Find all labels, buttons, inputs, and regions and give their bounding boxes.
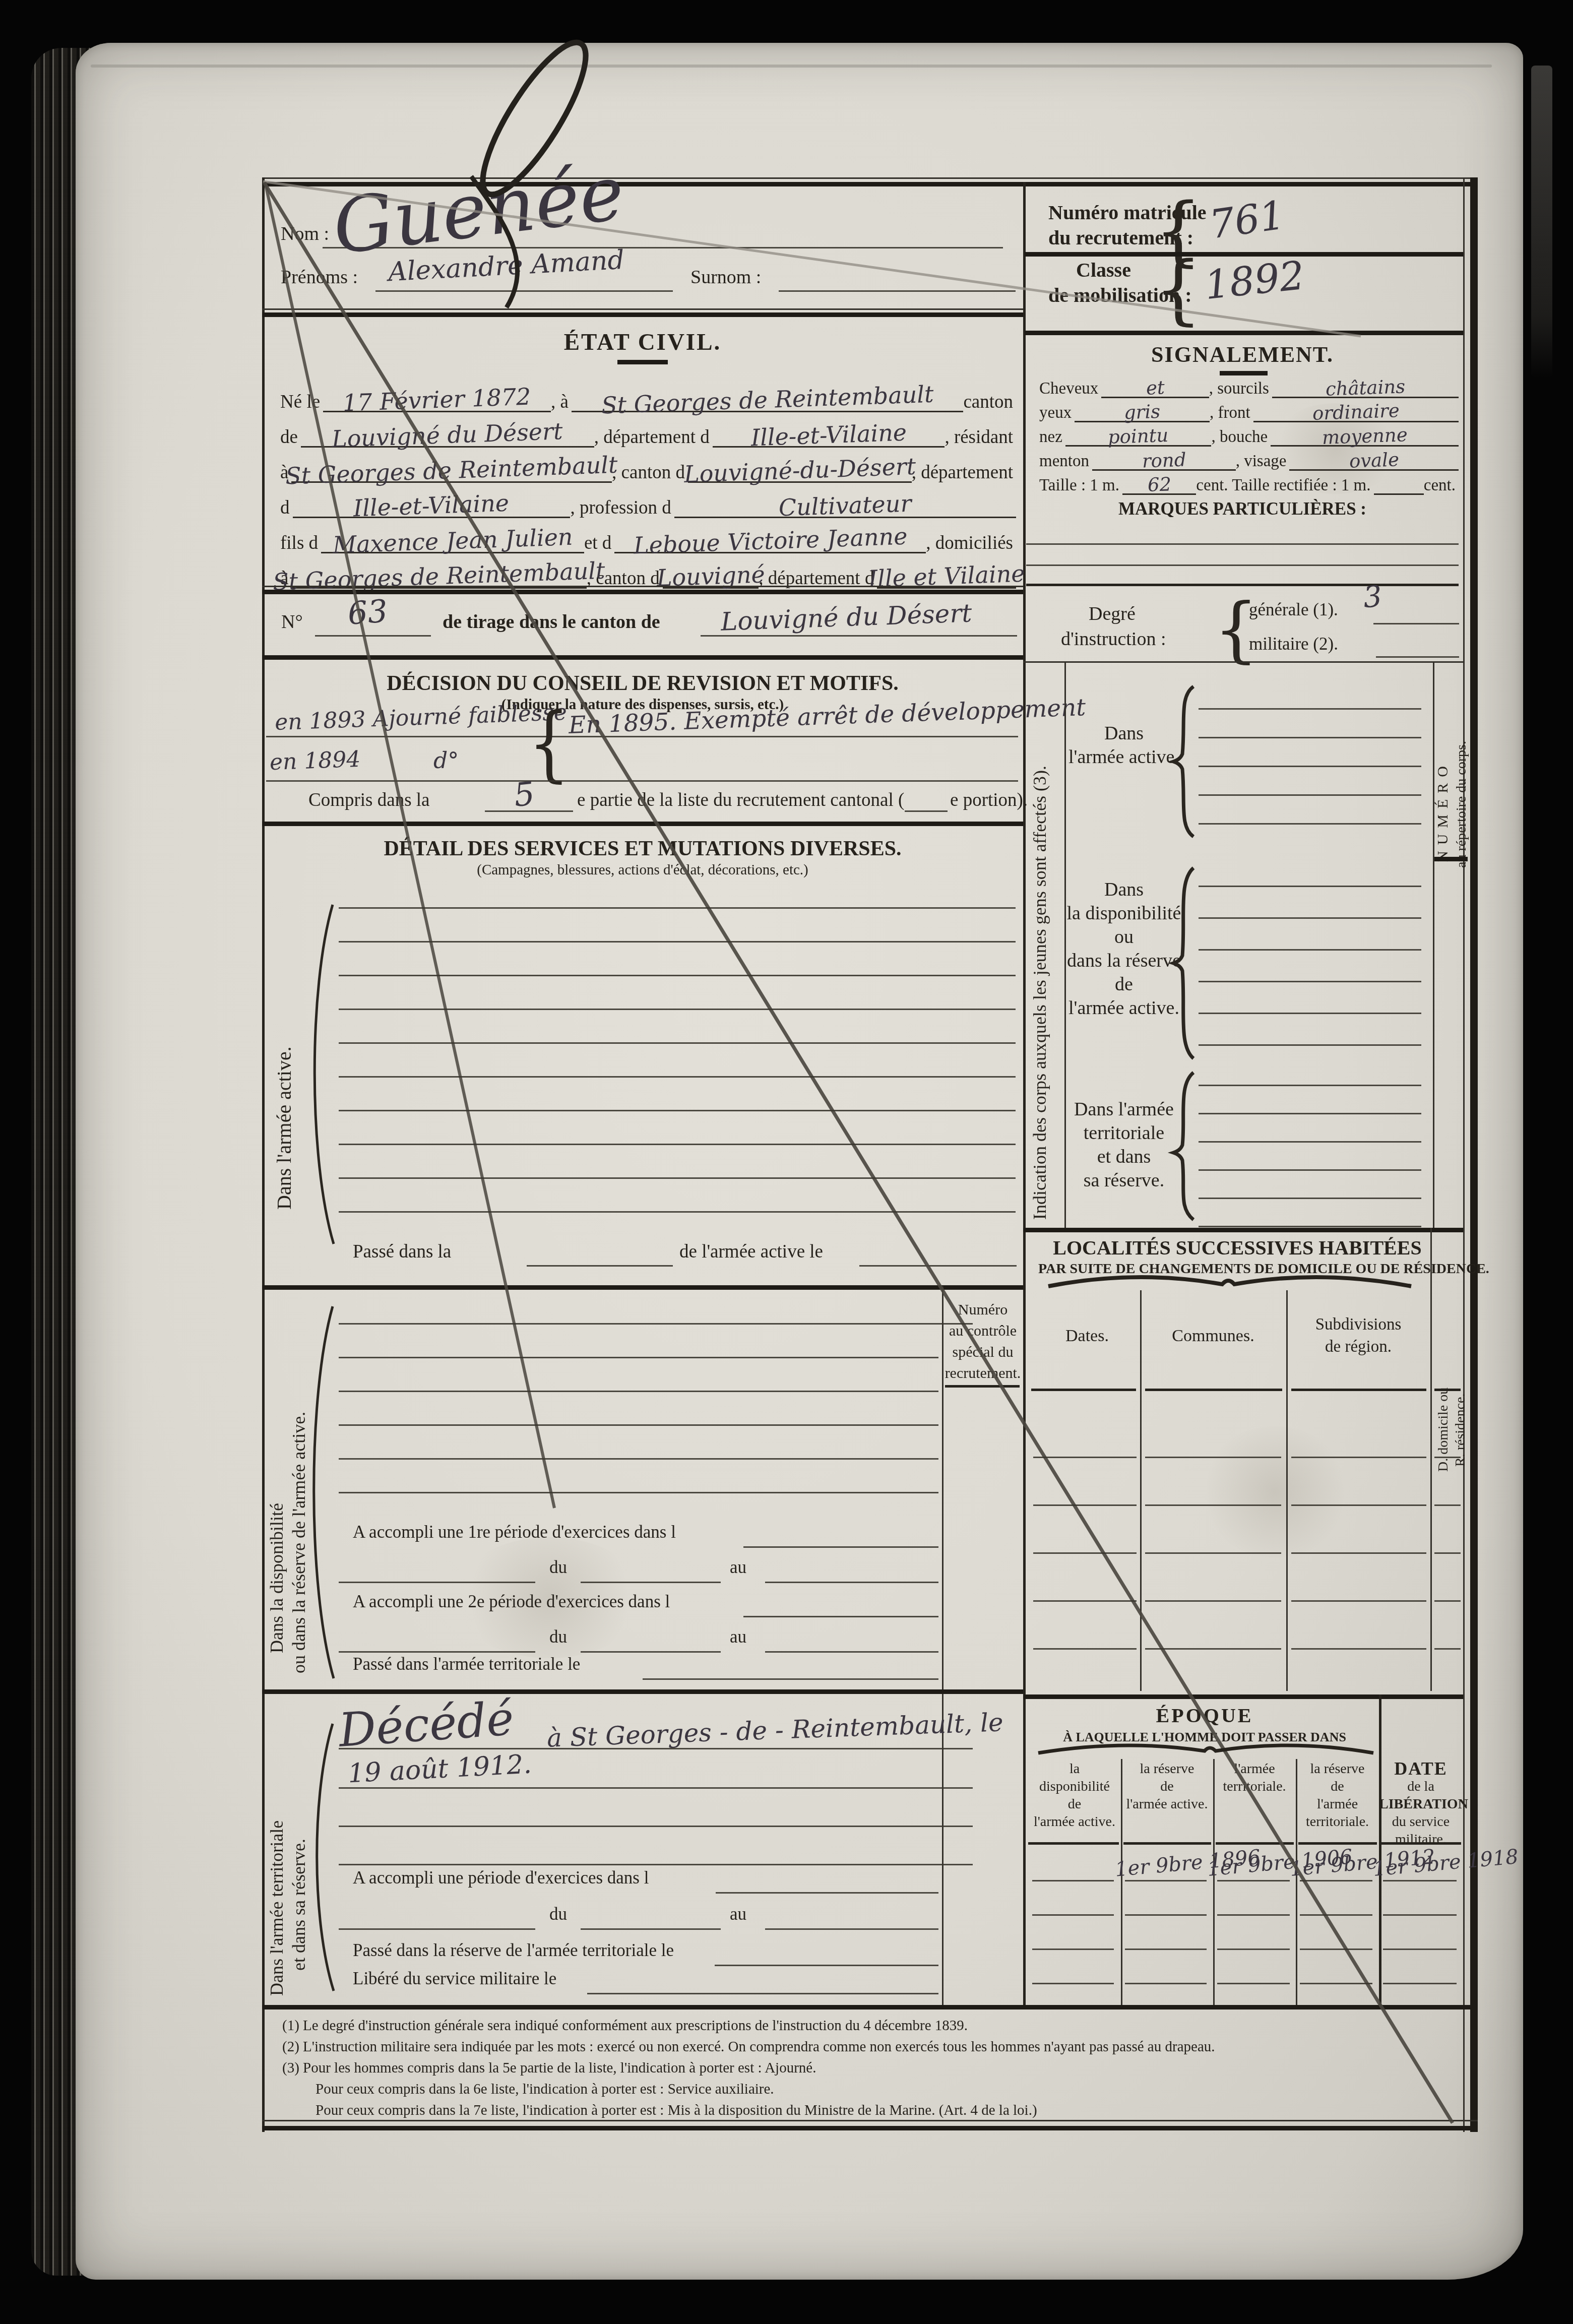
blank-line <box>1300 1914 1372 1916</box>
blank-line <box>339 941 1016 943</box>
blank-line <box>1145 1600 1281 1602</box>
blank-line <box>339 975 1016 976</box>
military-register-scan: Nom : Guenée Prénoms : Alexandre Amand S… <box>0 0 1573 2324</box>
section2-paren <box>314 1306 334 1678</box>
blank-line <box>1033 1552 1137 1554</box>
blank-line <box>339 1864 973 1865</box>
blank-line <box>339 1424 938 1426</box>
blank-line <box>1383 1949 1457 1950</box>
blank-line <box>339 1323 973 1325</box>
blank-line <box>1032 1914 1114 1916</box>
blank-line <box>1217 1949 1290 1950</box>
blank-line <box>339 1391 938 1392</box>
blank-line <box>339 1110 1016 1111</box>
blank-line <box>1434 1648 1461 1650</box>
blank-line <box>1291 1648 1426 1650</box>
signature-flourish <box>466 30 602 207</box>
blank-line <box>339 1009 1016 1010</box>
blank-line <box>1291 1504 1426 1506</box>
blank-line <box>1383 1914 1457 1916</box>
blank-line <box>339 1211 1016 1213</box>
blank-line <box>1145 1648 1281 1650</box>
blank-line <box>339 1042 1016 1044</box>
crease-line <box>263 181 1361 336</box>
blank-line <box>339 1826 973 1827</box>
blank-line <box>339 907 1016 909</box>
blank-line <box>1291 1600 1426 1602</box>
blank-line <box>339 1144 1016 1145</box>
localites-swash <box>1048 1277 1411 1286</box>
blank-line <box>1145 1457 1281 1458</box>
blank-line <box>1300 1880 1372 1881</box>
blank-line <box>1032 1983 1114 1984</box>
section1-paren <box>314 905 334 1244</box>
blank-line <box>1434 1504 1461 1506</box>
blank-line <box>1032 1949 1114 1950</box>
strike-line-long <box>264 182 1453 2123</box>
blank-line <box>1033 1648 1137 1650</box>
blank-line <box>1217 1914 1290 1916</box>
epoque-swash <box>1038 1745 1373 1753</box>
blank-line <box>1125 1949 1207 1950</box>
blank-line <box>1033 1504 1137 1506</box>
blank-line <box>1383 1983 1457 1984</box>
blank-line <box>1434 1600 1461 1602</box>
blank-line <box>339 1076 1016 1078</box>
strike-line-steep <box>265 182 554 1508</box>
blank-line <box>1300 1983 1372 1984</box>
blank-line <box>1291 1552 1426 1554</box>
blank-line <box>1145 1504 1281 1506</box>
indication-brace-3 <box>1173 1073 1193 1220</box>
blank-line <box>1033 1600 1137 1602</box>
section3-paren <box>317 1724 334 1991</box>
indication-brace-2 <box>1173 868 1193 1058</box>
blank-line <box>1033 1457 1137 1458</box>
blank-line <box>1300 1949 1372 1950</box>
blank-line <box>1145 1552 1281 1554</box>
blank-line <box>339 1492 938 1493</box>
blank-line <box>1217 1983 1290 1984</box>
ink-overlay <box>0 0 1573 2324</box>
blank-line <box>1383 1880 1457 1881</box>
blank-line <box>339 1177 1016 1179</box>
blank-line <box>1291 1457 1426 1458</box>
blank-line <box>1434 1552 1461 1554</box>
blank-line <box>1125 1983 1207 1984</box>
blank-line <box>339 1458 938 1460</box>
blank-line <box>1217 1880 1290 1881</box>
blank-line <box>1125 1914 1207 1916</box>
blank-line <box>1125 1880 1207 1881</box>
blank-line <box>1434 1457 1461 1458</box>
blank-line <box>339 1357 938 1358</box>
blank-line <box>1032 1880 1114 1881</box>
indication-brace-1 <box>1173 686 1193 837</box>
